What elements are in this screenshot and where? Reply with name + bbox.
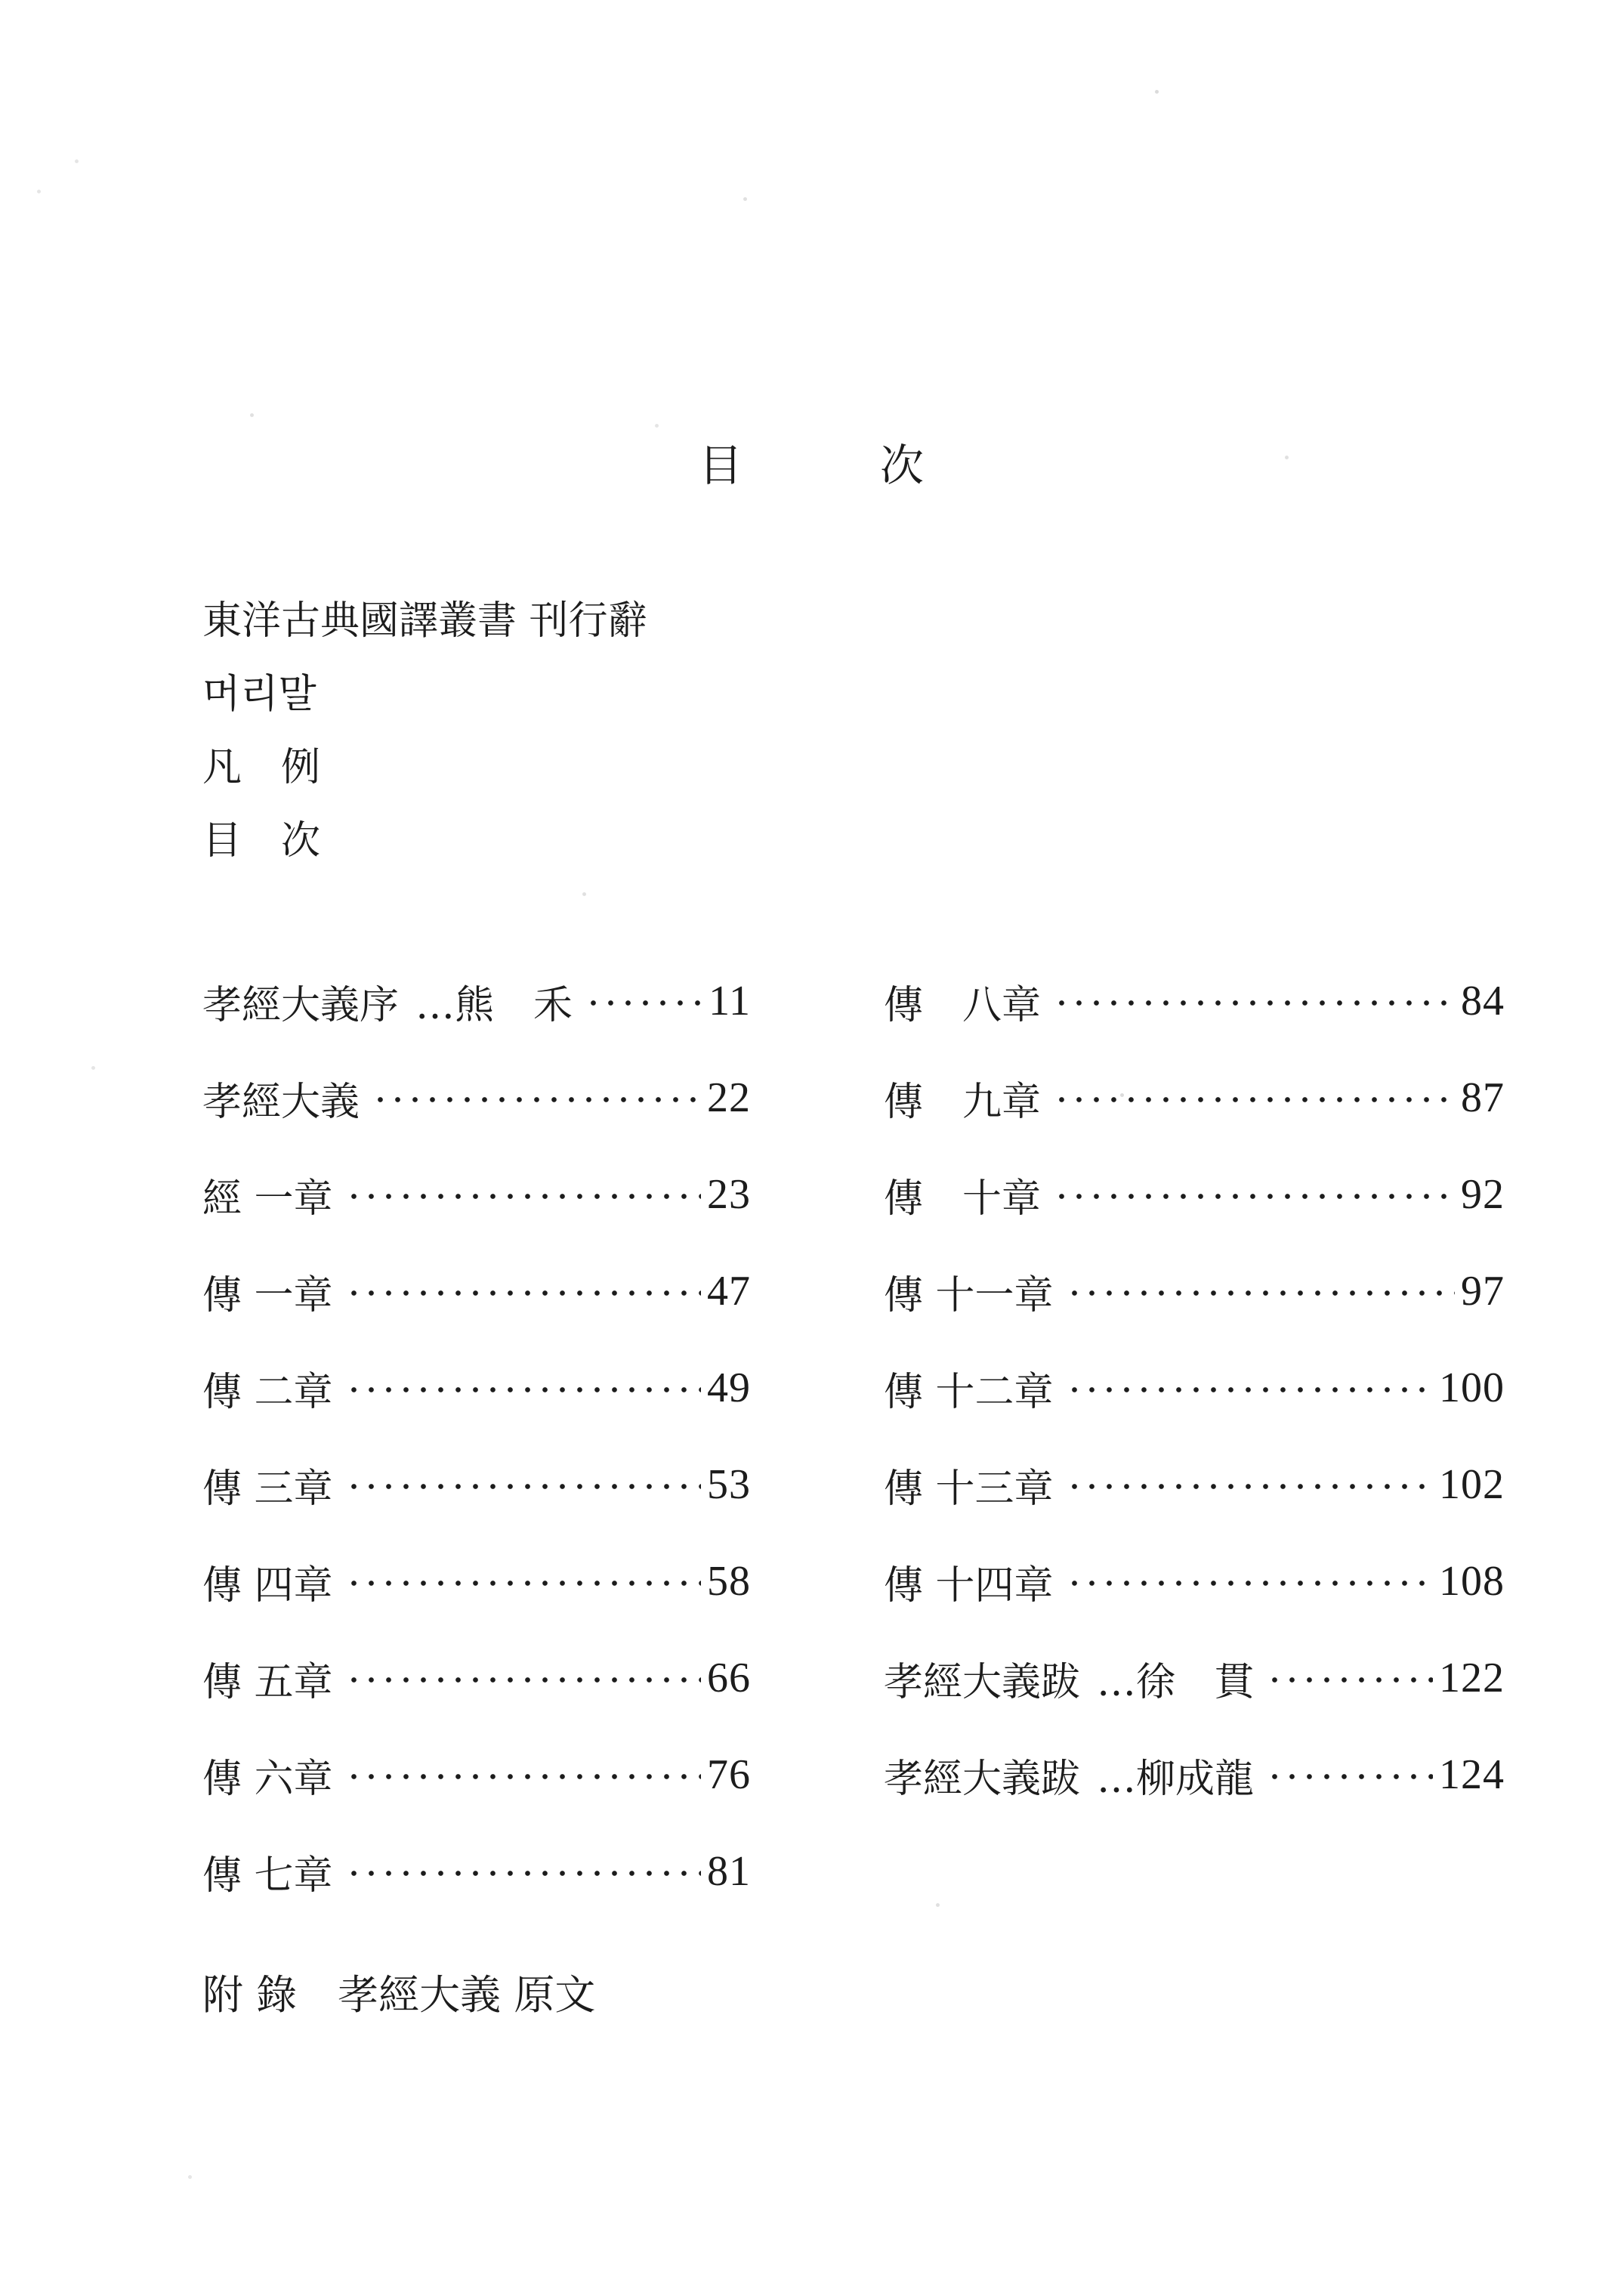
dot-leader	[583, 977, 702, 1025]
dot-leader	[344, 1460, 701, 1509]
toc-entry-page: 49	[707, 1364, 751, 1412]
toc-column-left: 孝經大義序 …熊 禾 11 孝經大義 22 經 一章 23 傳 一章 47 傳 …	[202, 977, 751, 1944]
dot-leader	[1264, 1654, 1433, 1702]
toc-entry: 傳 十章 92	[884, 1170, 1505, 1219]
toc-entry-page: 108	[1439, 1557, 1505, 1605]
toc-entry: 孝經大義序 …熊 禾 11	[202, 977, 751, 1025]
toc-entry-title: 傳 十二章	[884, 1360, 1054, 1417]
toc-entry-title: 傳 五章	[202, 1650, 333, 1707]
dot-leader	[344, 1654, 701, 1702]
toc-entry-title: 傳 三章	[202, 1457, 333, 1513]
scanned-toc-page: 目 次 東洋古典國譯叢書 刊行辭 머리말 凡 例 目 次 孝經大義序 …熊 禾 …	[0, 0, 1624, 2293]
toc-entry-title: 傳 十四章	[884, 1553, 1054, 1610]
front-matter-item: 머리말	[202, 670, 882, 718]
toc-entry-page: 97	[1461, 1267, 1505, 1315]
toc-entry-title: 傳 六章	[202, 1747, 333, 1803]
toc-entry-page: 22	[707, 1074, 751, 1122]
toc-entry-page: 124	[1439, 1751, 1505, 1799]
front-matter-item: 凡 例	[202, 743, 882, 792]
toc-entry-page: 84	[1461, 977, 1505, 1025]
toc-entry-page: 66	[707, 1654, 751, 1702]
dot-leader	[1264, 1751, 1433, 1799]
toc-entry: 孝經大義 22	[202, 1074, 751, 1122]
toc-entry-title: 傳 十章	[884, 1167, 1041, 1223]
toc-entry-title: 孝經大義跋	[884, 1650, 1080, 1707]
page-title: 目 次	[0, 436, 1624, 495]
dot-leader	[344, 1751, 701, 1799]
toc-entry-title: 傳 十一章	[884, 1263, 1054, 1320]
toc-entry-title: 傳 八章	[884, 973, 1041, 1030]
toc-entry: 傳 十四章 108	[884, 1557, 1505, 1605]
toc-entry: 傳 十一章 97	[884, 1267, 1505, 1315]
dot-leader	[1064, 1557, 1433, 1605]
toc-entry-page: 81	[707, 1847, 751, 1896]
toc-entry-title: 傳 七章	[202, 1843, 333, 1900]
dot-leader	[344, 1847, 701, 1896]
dot-leader	[1064, 1364, 1433, 1412]
toc-entry: 傳 六章 76	[202, 1751, 751, 1799]
appendix-line: 附 錄 孝經大義 原文	[202, 1970, 595, 2020]
toc-entry-author: …柳成龍	[1097, 1747, 1254, 1803]
toc-entry-page: 92	[1461, 1170, 1505, 1219]
toc-entry-title: 孝經大義跋	[884, 1747, 1080, 1803]
front-matter-item: 目 次	[202, 817, 882, 865]
toc-entry-title: 經 一章	[202, 1167, 333, 1223]
toc-entry-page: 100	[1439, 1364, 1505, 1412]
toc-entry: 孝經大義跋 …柳成龍 124	[884, 1751, 1505, 1799]
toc-entry-page: 76	[707, 1751, 751, 1799]
toc-entry-title: 傳 一章	[202, 1263, 333, 1320]
front-matter-list: 東洋古典國譯叢書 刊行辭 머리말 凡 例 目 次	[202, 597, 882, 890]
toc-entry: 傳 一章 47	[202, 1267, 751, 1315]
toc-entry: 傳 十三章 102	[884, 1460, 1505, 1509]
toc-entry-page: 102	[1439, 1460, 1505, 1509]
toc-entry: 傳 三章 53	[202, 1460, 751, 1509]
toc-entry-page: 58	[707, 1557, 751, 1605]
dot-leader	[1051, 977, 1455, 1025]
dot-leader	[1064, 1267, 1455, 1315]
toc-column-right: 傳 八章 84 傳 九章 87 傳 十章 92 傳 十一章 97 傳 十二章	[884, 977, 1505, 1847]
toc-entry-title: 傳 四章	[202, 1553, 333, 1610]
toc-entry-page: 122	[1439, 1654, 1505, 1702]
toc-entry: 傳 九章 87	[884, 1074, 1505, 1122]
toc-entry-page: 23	[707, 1170, 751, 1219]
toc-entry: 傳 四章 58	[202, 1557, 751, 1605]
toc-entry-page: 87	[1461, 1074, 1505, 1122]
toc-entry: 傳 七章 81	[202, 1847, 751, 1896]
toc-entry-title: 傳 九章	[884, 1070, 1041, 1126]
toc-entry-title: 孝經大義序	[202, 973, 399, 1030]
toc-entry: 傳 八章 84	[884, 977, 1505, 1025]
toc-entry: 傳 二章 49	[202, 1364, 751, 1412]
toc-entry: 傳 十二章 100	[884, 1364, 1505, 1412]
toc-entry: 傳 五章 66	[202, 1654, 751, 1702]
toc-entry-author: …熊 禾	[415, 973, 573, 1030]
toc-entry-author: …徐 貫	[1097, 1650, 1254, 1707]
toc-entry-page: 11	[709, 977, 751, 1025]
toc-entry-title: 傳 二章	[202, 1360, 333, 1417]
scan-noise-specks	[0, 0, 2, 2]
dot-leader	[344, 1557, 701, 1605]
dot-leader	[370, 1074, 701, 1122]
toc-entry: 經 一章 23	[202, 1170, 751, 1219]
toc-entry-title: 傳 十三章	[884, 1457, 1054, 1513]
toc-entry-title: 孝經大義	[202, 1070, 360, 1126]
dot-leader	[1064, 1460, 1433, 1509]
toc-entry-page: 47	[707, 1267, 751, 1315]
toc-entry-page: 53	[707, 1460, 751, 1509]
dot-leader	[344, 1267, 701, 1315]
dot-leader	[1051, 1074, 1455, 1122]
toc-entry: 孝經大義跋 …徐 貫 122	[884, 1654, 1505, 1702]
dot-leader	[344, 1170, 701, 1219]
dot-leader	[1051, 1170, 1455, 1219]
dot-leader	[344, 1364, 701, 1412]
front-matter-item: 東洋古典國譯叢書 刊行辭	[202, 597, 882, 645]
